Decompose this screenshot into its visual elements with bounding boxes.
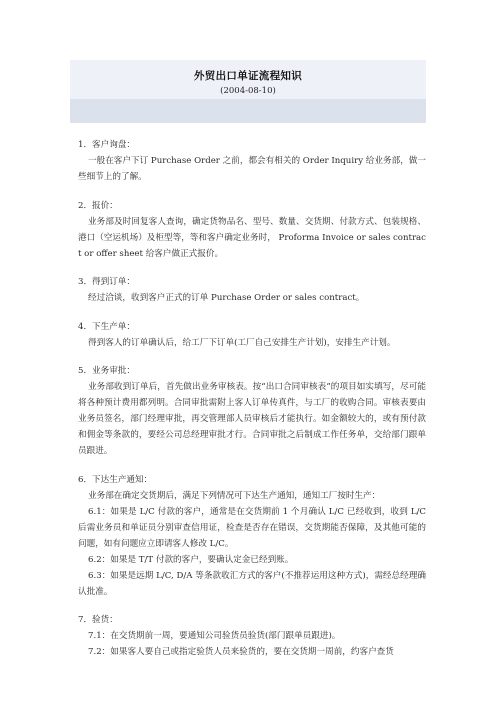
section-business-approval: 5．业务审批： 业务部收到订单后，首先做出业务审核表。按“出口合同审核表”的项目… xyxy=(78,363,426,459)
section-paragraph: 业务部在确定交货期后，满足下列情况可下达生产通知，通知工厂按时生产： xyxy=(78,488,426,504)
section-heading: 1．客户询盘： xyxy=(78,137,426,153)
header-title-area: 外贸出口单证流程知识 (2004-08-10) xyxy=(70,60,426,99)
section-quotation: 2．报价： 业务部及时回复客人查询，确定货物品名、型号、数量、交货期、付款方式、… xyxy=(78,198,426,262)
section-inspection: 7．验货： 7.1：在交货期前一周，要通知公司验货员验货(部门跟单员跟进)。 7… xyxy=(78,612,426,660)
section-customer-inquiry: 1．客户询盘： 一般在客户下订 Purchase Order 之前，都会有相关的… xyxy=(78,137,426,185)
section-heading: 4．下生产单： xyxy=(78,319,426,335)
section-heading: 2．报价： xyxy=(78,198,426,214)
section-paragraph: 经过洽谈，收到客户正式的订单 Purchase Order or sales c… xyxy=(78,290,426,306)
section-paragraph: 业务部收到订单后，首先做出业务审核表。按“出口合同审核表”的项目如实填写，尽可能… xyxy=(78,379,426,459)
subsection-6-1: 6.1：如果是 L/C 付款的客户，通常是在交货期前 1 个月确认 L/C 已经… xyxy=(78,504,426,552)
section-heading: 6．下达生产通知： xyxy=(78,472,426,488)
document-header: 外贸出口单证流程知识 (2004-08-10) xyxy=(70,60,426,123)
section-receive-order: 3．得到订单： 经过洽谈，收到客户正式的订单 Purchase Order or… xyxy=(78,274,426,306)
section-heading: 5．业务审批： xyxy=(78,363,426,379)
subsection-7-1: 7.1：在交货期前一周，要通知公司验货员验货(部门跟单员跟进)。 xyxy=(78,628,426,644)
subsection-6-3: 6.3：如果是远期 L/C, D/A 等条款收汇方式的客户(不推荐运用这种方式)… xyxy=(78,568,426,600)
section-production-notice: 6．下达生产通知： 业务部在确定交货期后，满足下列情况可下达生产通知，通知工厂按… xyxy=(78,472,426,600)
header-divider-band xyxy=(70,99,426,123)
subsection-6-2: 6.2：如果是 T/T 付款的客户，要确认定金已经到账。 xyxy=(78,552,426,568)
section-paragraph: 业务部及时回复客人查询，确定货物品名、型号、数量、交货期、付款方式、包装规格、港… xyxy=(78,214,426,262)
section-heading: 3．得到订单： xyxy=(78,274,426,290)
section-heading: 7．验货： xyxy=(78,612,426,628)
section-paragraph: 得到客人的订单确认后，给工厂下订单(工厂自己安排生产计划)，安排生产计划。 xyxy=(78,335,426,351)
subsection-7-2: 7.2：如果客人要自己或指定验货人员来验货的，要在交货期一周前，约客户查货 xyxy=(78,644,426,660)
section-paragraph: 一般在客户下订 Purchase Order 之前，都会有相关的 Order I… xyxy=(78,153,426,185)
document-title: 外贸出口单证流程知识 xyxy=(70,60,426,83)
section-production-order: 4．下生产单： 得到客人的订单确认后，给工厂下订单(工厂自己安排生产计划)，安排… xyxy=(78,319,426,351)
document-body: 1．客户询盘： 一般在客户下订 Purchase Order 之前，都会有相关的… xyxy=(78,137,426,673)
document-date: (2004-08-10) xyxy=(70,86,426,96)
